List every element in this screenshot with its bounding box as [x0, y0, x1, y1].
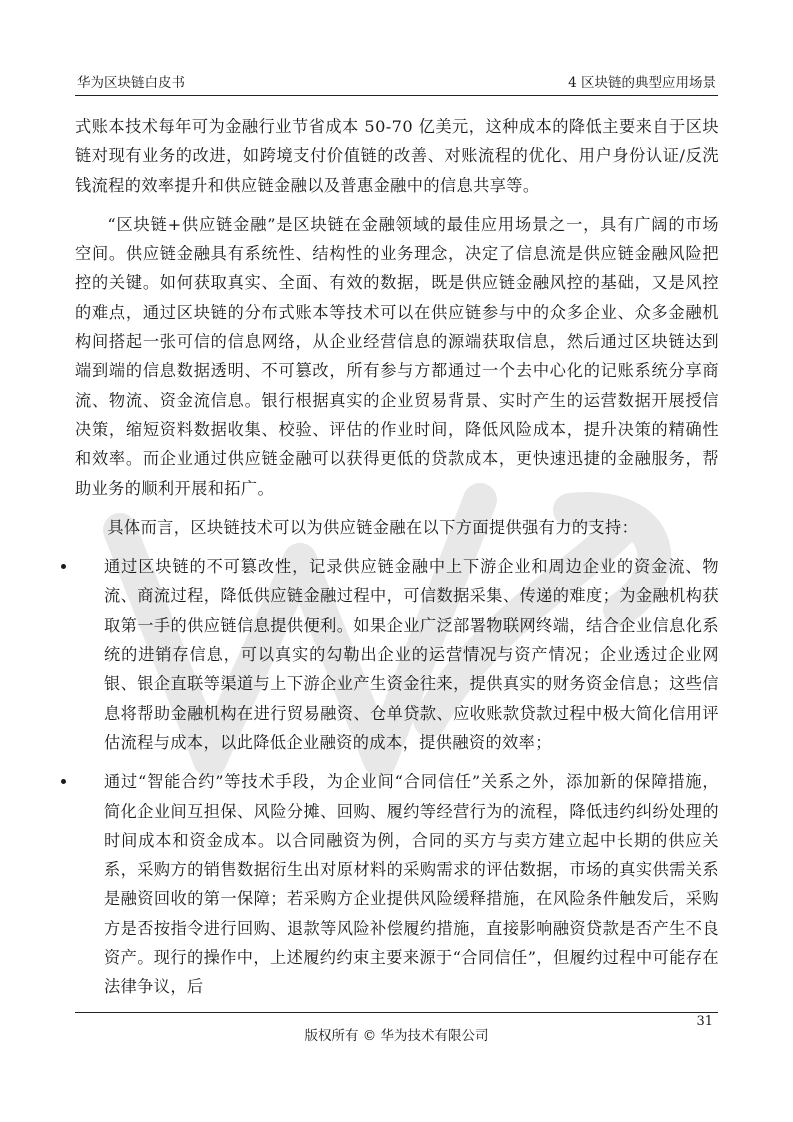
bullet-icon [61, 564, 66, 569]
paragraph: 具体而言，区块链技术可以为供应链金融在以下方面提供强有力的支持： [75, 513, 719, 542]
document-title: 华为区块链白皮书 [77, 71, 185, 91]
bullet-text: 通过区块链的不可篡改性，记录供应链金融中上下游企业和周边企业的资金流、物流、商流… [104, 557, 719, 752]
bullet-text: 通过“智能合约”等技术手段，为企业间“合同信任”关系之外，添加新的保障措施，简化… [104, 772, 719, 996]
paragraph: 式账本技术每年可为金融行业节省成本 50-70 亿美元，这种成本的降低主要来自于… [75, 112, 719, 200]
copyright-notice: 版权所有 © 华为技术有限公司 [0, 1024, 793, 1044]
chapter-title: 4 区块链的典型应用场景 [568, 71, 716, 91]
page-body: 式账本技术每年可为金融行业节省成本 50-70 亿美元，这种成本的降低主要来自于… [75, 112, 719, 1012]
footer-divider [75, 1012, 718, 1013]
page-header: 华为区块链白皮书 4 区块链的典型应用场景 [75, 73, 718, 96]
bullet-item: 通过“智能合约”等技术手段，为企业间“合同信任”关系之外，添加新的保障措施，简化… [75, 767, 719, 1001]
bullet-item: 通过区块链的不可篡改性，记录供应链金融中上下游企业和周边企业的资金流、物流、商流… [75, 552, 719, 757]
paragraph: “区块链+供应链金融”是区块链在金融领域的最佳应用场景之一，具有广阔的市场空间。… [75, 210, 719, 503]
bullet-icon [61, 779, 66, 784]
